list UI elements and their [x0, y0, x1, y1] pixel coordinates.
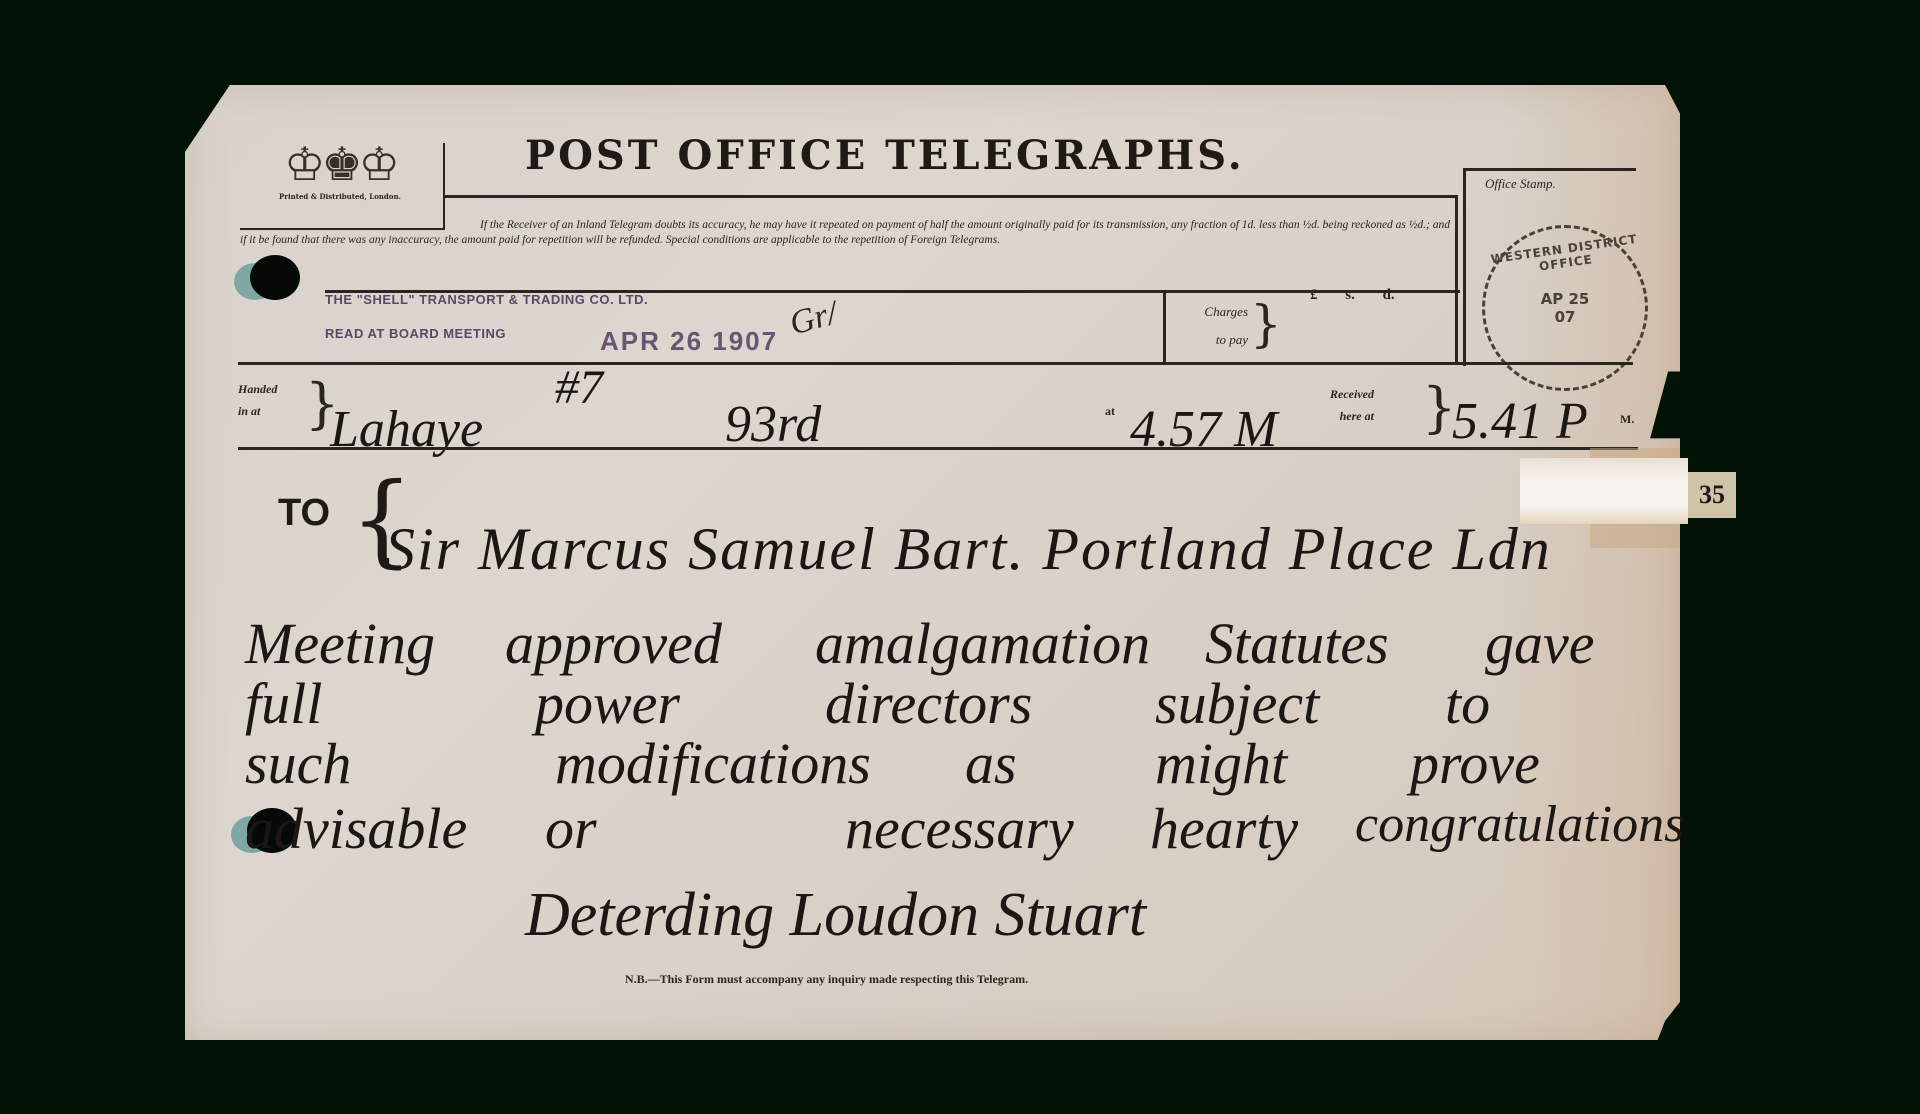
sender-signature: Deterding Loudon Stuart	[525, 880, 1146, 951]
company-stamp-line: THE "SHELL" TRANSPORT & TRADING CO. LTD.	[325, 292, 648, 307]
divider	[443, 143, 445, 228]
document-viewer: ♔♚♔ Printed & Distributed, London. POST …	[0, 0, 1920, 1114]
to-label: TO	[278, 492, 330, 535]
board-meeting-stamp-line: READ AT BOARD MEETING	[325, 326, 506, 341]
crest: ♔♚♔ Printed & Distributed, London.	[255, 140, 425, 215]
currency-columns: £ s. d.	[1310, 287, 1395, 304]
recipient-address: Sir Marcus Samuel Bart. Portland Place L…	[385, 515, 1552, 584]
handwritten-mark: #7	[555, 360, 603, 415]
page-title: POST OFFICE TELEGRAPHS.	[525, 132, 1305, 179]
received-label: Received here at	[1330, 383, 1374, 427]
slip-tab-number: 35	[1688, 472, 1736, 518]
received-time: 5.41 P	[1452, 392, 1588, 451]
word-count: 93rd	[725, 395, 821, 454]
divider	[1163, 290, 1166, 362]
handed-in-time: 4.57 M	[1130, 400, 1277, 459]
handed-in-place: Lahaye	[330, 400, 483, 459]
punch-hole	[250, 255, 300, 300]
royal-coat-of-arms-icon: ♔♚♔	[284, 140, 396, 190]
divider	[238, 447, 1638, 450]
postmark-stamp: WESTERN DISTRICT OFFICE AP 25 07	[1482, 225, 1648, 391]
divider	[445, 195, 1455, 198]
meridiem-label: M.	[1620, 412, 1634, 427]
postmark-year: 07	[1555, 308, 1576, 326]
handed-in-label: Handed in at	[238, 378, 277, 422]
charges-label: Charges to pay	[1178, 298, 1248, 354]
printer-caption: Printed & Distributed, London.	[279, 192, 401, 201]
repetition-notice: If the Receiver of an Inland Telegram do…	[240, 218, 1450, 248]
board-meeting-date: APR 26 1907	[600, 326, 778, 357]
footnote: N.B.—This Form must accompany any inquir…	[625, 972, 1028, 987]
brace-icon: }	[1250, 295, 1282, 353]
office-stamp-label: Office Stamp.	[1485, 176, 1556, 192]
postmark-date: AP 25	[1541, 290, 1590, 308]
divider	[238, 362, 1633, 365]
at-label: at	[1105, 404, 1115, 419]
divider	[1455, 195, 1458, 363]
